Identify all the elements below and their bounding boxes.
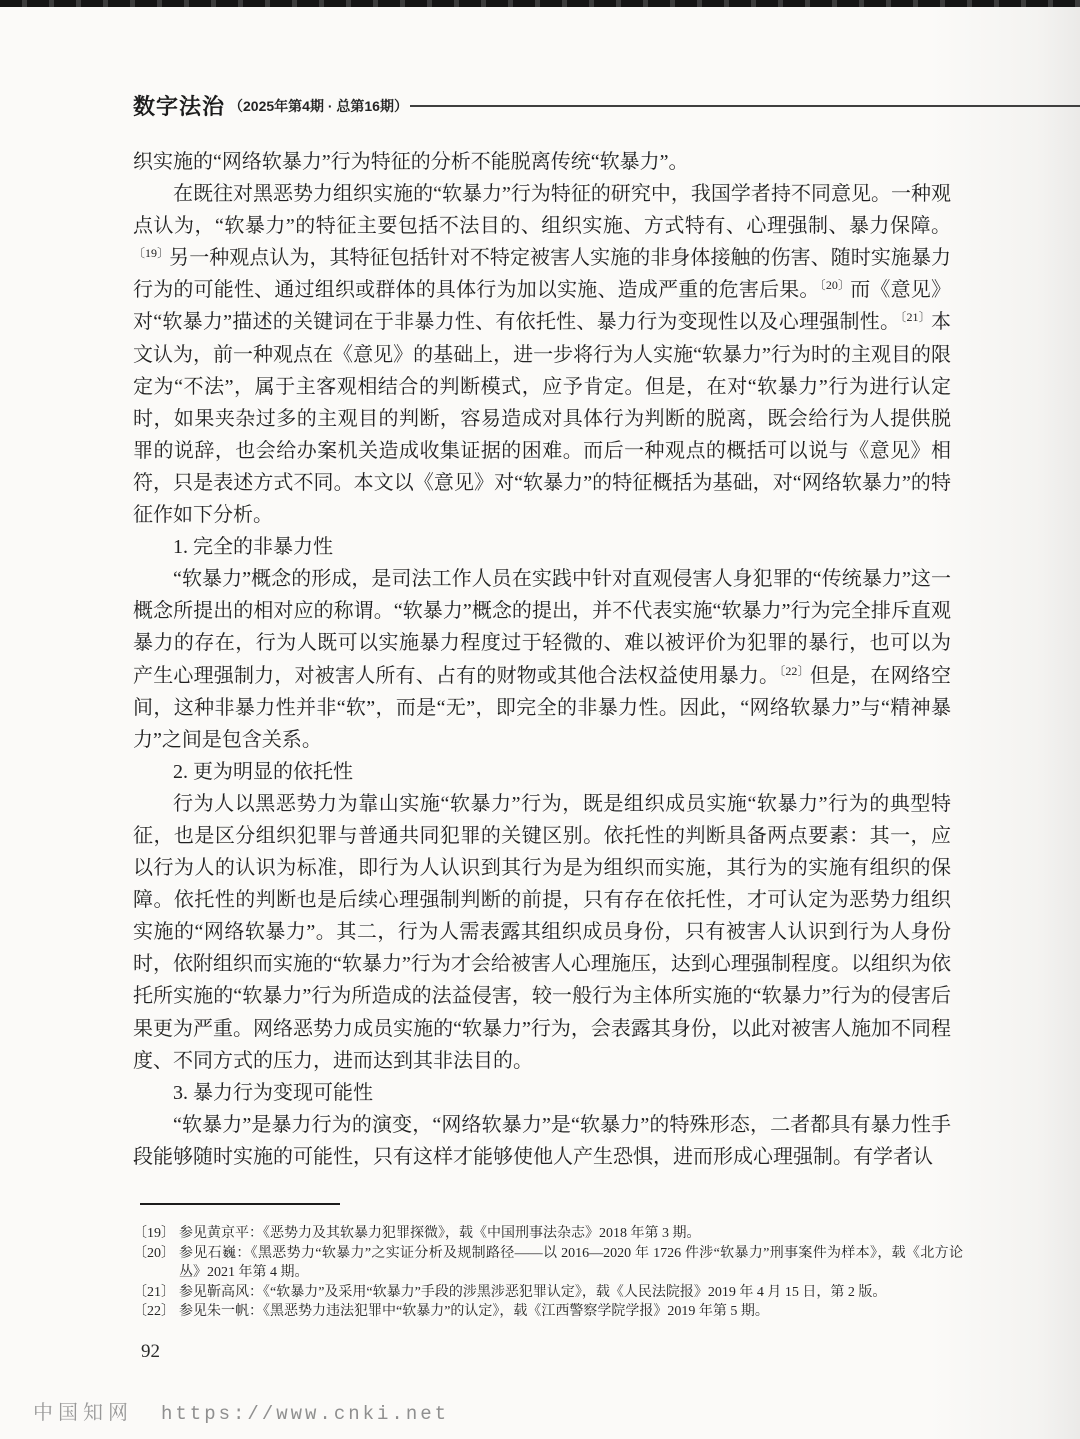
footnote-ref-21: 〔21〕 (900, 310, 931, 324)
footnote-item: 〔19〕 参见黄京平：《恶势力及其软暴力犯罪探微》，载《中国刑事法杂志》2018… (133, 1224, 963, 1244)
paragraph-text: 另一种观点认为，其特征包括针对不特定被害人实施的非身体接触的伤害、随时实施暴力行… (133, 247, 951, 301)
footnote-text: 参见靳高风：《“软暴力”及采用“软暴力”手段的涉黑涉恶犯罪认定》，载《人民法院报… (179, 1283, 963, 1303)
footnote-label: 〔19〕 (133, 1224, 179, 1244)
paragraph: 行为人以黑恶势力为靠山实施“软暴力”行为，既是组织成员实施“软暴力”行为的典型特… (133, 788, 951, 1077)
paragraph: 在既往对黑恶势力组织实施的“软暴力”行为特征的研究中，我国学者持不同意见。一种观… (133, 178, 951, 531)
footnote-item: 〔20〕 参见石巍：《黑恶势力“软暴力”之实证分析及规制路径——以 2016—2… (133, 1244, 963, 1283)
header-rule (410, 105, 1080, 107)
footnote-item: 〔21〕 参见靳高风：《“软暴力”及采用“软暴力”手段的涉黑涉恶犯罪认定》，载《… (133, 1283, 963, 1303)
journal-issue: （2025年第4期 · 总第16期） (229, 96, 408, 116)
cnki-url: https://www.cnki.net (161, 1403, 449, 1425)
footnote-ref-20: 〔20〕 (820, 278, 851, 292)
footnote-text: 参见黄京平：《恶势力及其软暴力犯罪探微》，载《中国刑事法杂志》2018 年第 3… (179, 1224, 963, 1244)
section-heading-3: 3. 暴力行为变现可能性 (133, 1077, 951, 1109)
cnki-site-name: 中国知网 (33, 1396, 133, 1425)
scan-top-edge (0, 0, 1080, 7)
paragraph-text: 行为人以黑恶势力为靠山实施“软暴力”行为，既是组织成员实施“软暴力”行为的典型特… (133, 793, 951, 1072)
footnote-label: 〔21〕 (133, 1283, 179, 1303)
footnote-label: 〔22〕 (133, 1302, 179, 1322)
page-header: 数字法治（2025年第4期 · 总第16期） (133, 90, 1080, 121)
paragraph-text: 织实施的“网络软暴力”行为特征的分析不能脱离传统“软暴力”。 (133, 151, 689, 173)
footnote-ref-22: 〔22〕 (779, 664, 810, 678)
paragraph-continuation: 织实施的“网络软暴力”行为特征的分析不能脱离传统“软暴力”。 (133, 146, 951, 178)
section-heading-1: 1. 完全的非暴力性 (133, 531, 951, 563)
journal-title: 数字法治 (133, 90, 225, 121)
footnote-text: 参见朱一帆：《黑恶势力违法犯罪中“软暴力”的认定》，载《江西警察学院学报》201… (179, 1302, 963, 1322)
footnote-text: 参见石巍：《黑恶势力“软暴力”之实证分析及规制路径——以 2016—2020 年… (179, 1244, 963, 1283)
footnote-divider (140, 1203, 340, 1205)
footnote-ref-19: 〔19〕 (133, 246, 169, 260)
footer-watermark: 中国知网 https://www.cnki.net (33, 1396, 449, 1425)
paragraph: “软暴力”是暴力行为的演变，“网络软暴力”是“软暴力”的特殊形态，二者都具有暴力… (133, 1109, 951, 1173)
paragraph-text: 本文认为，前一种观点在《意见》的基础上，进一步将行为人实施“软暴力”行为时的主观… (133, 311, 951, 526)
article-body: 织实施的“网络软暴力”行为特征的分析不能脱离传统“软暴力”。 在既往对黑恶势力组… (133, 146, 951, 1173)
footnotes-section: 〔19〕 参见黄京平：《恶势力及其软暴力犯罪探微》，载《中国刑事法杂志》2018… (133, 1224, 963, 1322)
paragraph-text: 在既往对黑恶势力组织实施的“软暴力”行为特征的研究中，我国学者持不同意见。一种观… (133, 183, 951, 237)
page-number: 92 (141, 1341, 160, 1363)
footnote-label: 〔20〕 (133, 1244, 179, 1264)
paragraph-text: “软暴力”是暴力行为的演变，“网络软暴力”是“软暴力”的特殊形态，二者都具有暴力… (133, 1114, 951, 1168)
paragraph: “软暴力”概念的形成，是司法工作人员在实践中针对直观侵害人身犯罪的“传统暴力”这… (133, 563, 951, 756)
journal-page: 数字法治（2025年第4期 · 总第16期） 织实施的“网络软暴力”行为特征的分… (0, 0, 1080, 1439)
footnote-item: 〔22〕 参见朱一帆：《黑恶势力违法犯罪中“软暴力”的认定》，载《江西警察学院学… (133, 1302, 963, 1322)
section-heading-2: 2. 更为明显的依托性 (133, 756, 951, 788)
